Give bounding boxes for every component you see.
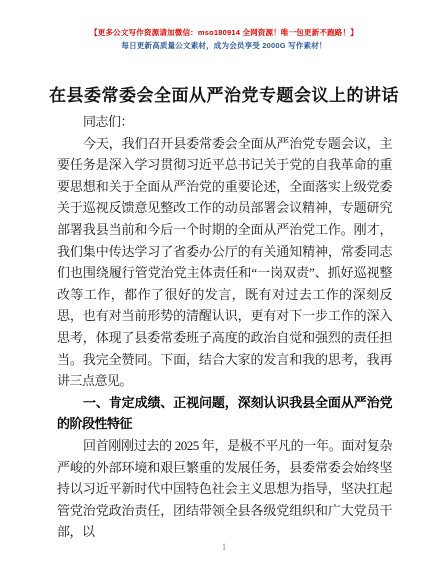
header-ad-line-red: 【更多公文写作资源请加微信：mso180914 全网资源！唯一包更新不跑路！】 — [0, 26, 448, 39]
document-body: 同志们： 今天，我们召开县委常委会全面从严治党专题会议，主要任务是深入学习贯彻习… — [57, 111, 392, 543]
body-paragraph: 回首刚刚过去的 2025 年，是极不平凡的一年。面对复杂严峻的外部环境和艰巨繁重… — [57, 435, 392, 543]
salutation-paragraph: 同志们： — [57, 111, 392, 133]
document-title: 在县委常委会全面从严治党专题会议上的讲话 — [20, 85, 428, 107]
header-ad-block: 【更多公文写作资源请加微信：mso180914 全网资源！唯一包更新不跑路！】 … — [0, 26, 448, 52]
page-number: 1 — [0, 542, 448, 552]
document-page: 【更多公文写作资源请加微信：mso180914 全网资源！唯一包更新不跑路！】 … — [0, 0, 448, 580]
intro-paragraph: 今天，我们召开县委常委会全面从严治党专题会议，主要任务是深入学习贯彻习近平总书记… — [57, 133, 392, 392]
header-ad-line-blue: 每日更新高质量公文素材，成为会员享受 2000G 写作素材！ — [0, 39, 448, 52]
section-heading-1: 一、肯定成绩、正视问题，深刻认识我县全面从严治党的阶段性特征 — [57, 392, 392, 435]
